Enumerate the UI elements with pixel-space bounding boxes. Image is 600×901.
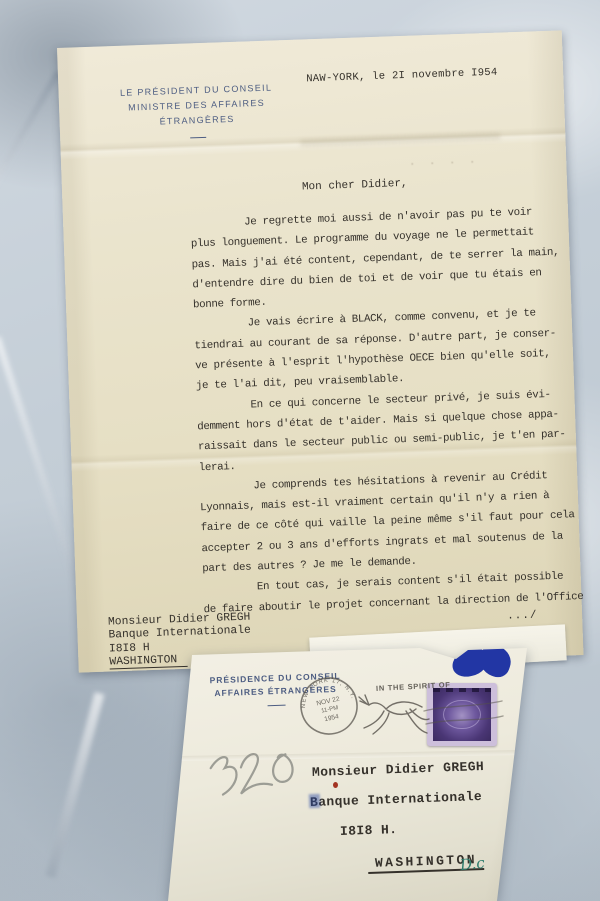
envelope-address-line-3: I8I8 H. <box>340 822 398 839</box>
tissue-crease <box>46 692 105 878</box>
letterhead: LE PRÉSIDENT DU CONSEILMINISTRE DES AFFA… <box>88 79 305 141</box>
cancel-wave-2 <box>426 716 503 724</box>
pencil-digit-0 <box>271 753 295 783</box>
envelope-address-line-2: Banque Internationale <box>310 789 483 810</box>
cancel-wave-1 <box>424 701 502 711</box>
deer-front-legs <box>364 711 389 734</box>
pencil-digit-3 <box>209 756 239 796</box>
leaping-deer-cancel-icon <box>350 691 505 749</box>
dateline: NAW-YORK, le 2I novembre I954 <box>306 67 498 86</box>
letterhead-rule <box>190 137 206 139</box>
handwritten-dc-annotation: D.c <box>459 854 485 874</box>
postmark-year: 1954 <box>324 713 340 723</box>
typed-letter-sheet: LE PRÉSIDENT DU CONSEILMINISTRE DES AFFA… <box>57 30 584 672</box>
salutation: Mon cher Didier, <box>302 178 408 194</box>
envelope-sender-rule <box>267 705 285 707</box>
envelope-address-line-1: Monsieur Didier GREGH <box>312 759 485 780</box>
photo-of-letter-and-envelope: LE PRÉSIDENT DU CONSEILMINISTRE DES AFFA… <box>0 0 600 901</box>
pencil-note-320: 320 <box>185 729 303 819</box>
red-ink-speck <box>333 782 338 788</box>
pencil-digit-2 <box>235 752 272 794</box>
ink-ghost-marks: . . . . <box>409 155 479 168</box>
letterhead-lines: LE PRÉSIDENT DU CONSEILMINISTRE DES AFFA… <box>88 79 304 131</box>
envelope-wrapper: PRÉSIDENCE DU CONSEILAFFAIRES ÉTRANGÈRES… <box>168 645 533 901</box>
continuation-mark: .../ <box>507 610 538 623</box>
envelope: PRÉSIDENCE DU CONSEILAFFAIRES ÉTRANGÈRES… <box>168 645 533 901</box>
blue-ink-blot <box>475 641 515 680</box>
ink-ghost-smudge <box>300 133 500 147</box>
tissue-crease <box>0 71 61 230</box>
blue-overstrike-mark <box>309 794 320 808</box>
letter-body: Je regrette moi aussi de n'avoir pas pu … <box>190 201 590 620</box>
